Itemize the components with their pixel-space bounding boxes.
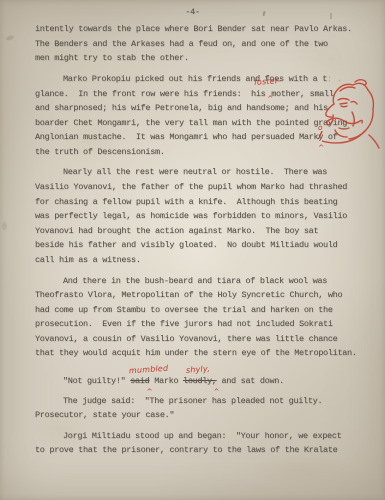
margin-smudge [2, 222, 7, 230]
text-segment: Anglonian mustache. It was Mongamri who … [35, 132, 318, 142]
text-line: Yovanovi, a cousin of Vasilio Yovanovi, … [35, 332, 371, 347]
text-line: Marko Prokopiu picked out his friends an… [35, 72, 371, 87]
text-line: Vasilio Yovanovi, the father of the pupi… [35, 180, 371, 195]
text-segment: of [323, 132, 337, 142]
text-line: Prosecutor, state your case." [35, 408, 371, 423]
text-line: prosecution. Even if the five jurors had… [35, 317, 371, 332]
paragraph: The judge said: "The prisoner has pleade… [35, 394, 371, 423]
insertion-point: foster-^ [270, 86, 271, 96]
text-line: had come up from Stambu to oversee the t… [35, 303, 371, 318]
text-segment: y [318, 132, 323, 142]
text-segment: and sat down. [217, 376, 284, 386]
text-line: Nearly all the rest were neutral or host… [35, 165, 371, 180]
struck-word: loudly,shyly,^ [183, 374, 217, 389]
page-number: -4- [0, 7, 385, 17]
struck-word: saidmumbled^ [130, 374, 149, 389]
text-segment: Marko [149, 376, 183, 386]
text-line: And there in the bush-beard and tiara of… [35, 274, 371, 289]
text-line: men might try to stab the other. [35, 51, 371, 66]
text-line: Jorgi Miltiadu stood up and began: "Your… [35, 429, 371, 444]
margin-smudge [6, 35, 15, 41]
paragraph: Marko Prokopiu picked out his friends an… [35, 72, 371, 160]
text-segment: mother, small [271, 89, 333, 99]
text-line: call him as a witness. [35, 253, 371, 268]
red-caret-icon: ^ [267, 96, 273, 103]
text-line: Theofrasto Vlora, Metropolitan of the Ho… [35, 288, 371, 303]
text-line: and sharpnosed; his wife Petronela, big … [35, 101, 371, 116]
red-caret-icon: ^ [214, 389, 220, 396]
paragraph: Jorgi Miltiadu stood up and began: "Your… [35, 429, 371, 458]
text-line: that they would acquit him under the ste… [35, 346, 371, 361]
text-line: beside his father and visibly gloated. N… [35, 238, 371, 253]
paragraph: And there in the bush-beard and tiara of… [35, 274, 371, 362]
red-insert-word: mumbled [129, 362, 169, 379]
faded-type: : . [327, 74, 341, 84]
text-line: The judge said: "The prisoner has pleade… [35, 394, 371, 409]
text-segment: "Not guilty!" [63, 376, 130, 386]
typewritten-text: intently towards the place where Bori Be… [35, 22, 371, 458]
red-insert-word: foster- [254, 74, 282, 90]
text-line-with-fix: Anglonian mustache. It was Mongamri who … [35, 130, 371, 145]
text-line: was perfectly legal, as homicide was for… [35, 209, 371, 224]
red-caret-icon: ^ [318, 145, 324, 152]
text-line: intently towards the place where Bori Be… [35, 22, 371, 37]
red-insert-word: shyly, [186, 362, 211, 378]
text-line-edited: "Not guilty!" saidmumbled^ Marko loudly,… [35, 374, 371, 389]
text-segment: Marko Prokopiu picked out his friends an… [63, 74, 327, 84]
paragraph: Nearly all the rest were neutral or host… [35, 165, 371, 267]
text-line: The Benders and the Arkases had a feud o… [35, 37, 371, 52]
manuscript-page: -4- intently towards the place where Bor… [0, 0, 385, 500]
red-fix-char: o [318, 121, 324, 136]
paragraph: "Not guilty!" saidmumbled^ Marko loudly,… [35, 374, 371, 389]
text-segment: glance. In the front row were his friend… [35, 89, 270, 99]
text-line: for chasing a fellow pupil with a knife.… [35, 195, 371, 210]
struck-char: yo^ [318, 130, 323, 145]
text-line: to prove that the prisoner, contrary to … [35, 443, 371, 458]
text-line: Yovanovi had brought the action against … [35, 224, 371, 239]
red-caret-icon: ^ [146, 389, 152, 396]
paragraph: intently towards the place where Bori Be… [35, 22, 371, 66]
text-line-with-insert: glance. In the front row were his friend… [35, 86, 371, 101]
